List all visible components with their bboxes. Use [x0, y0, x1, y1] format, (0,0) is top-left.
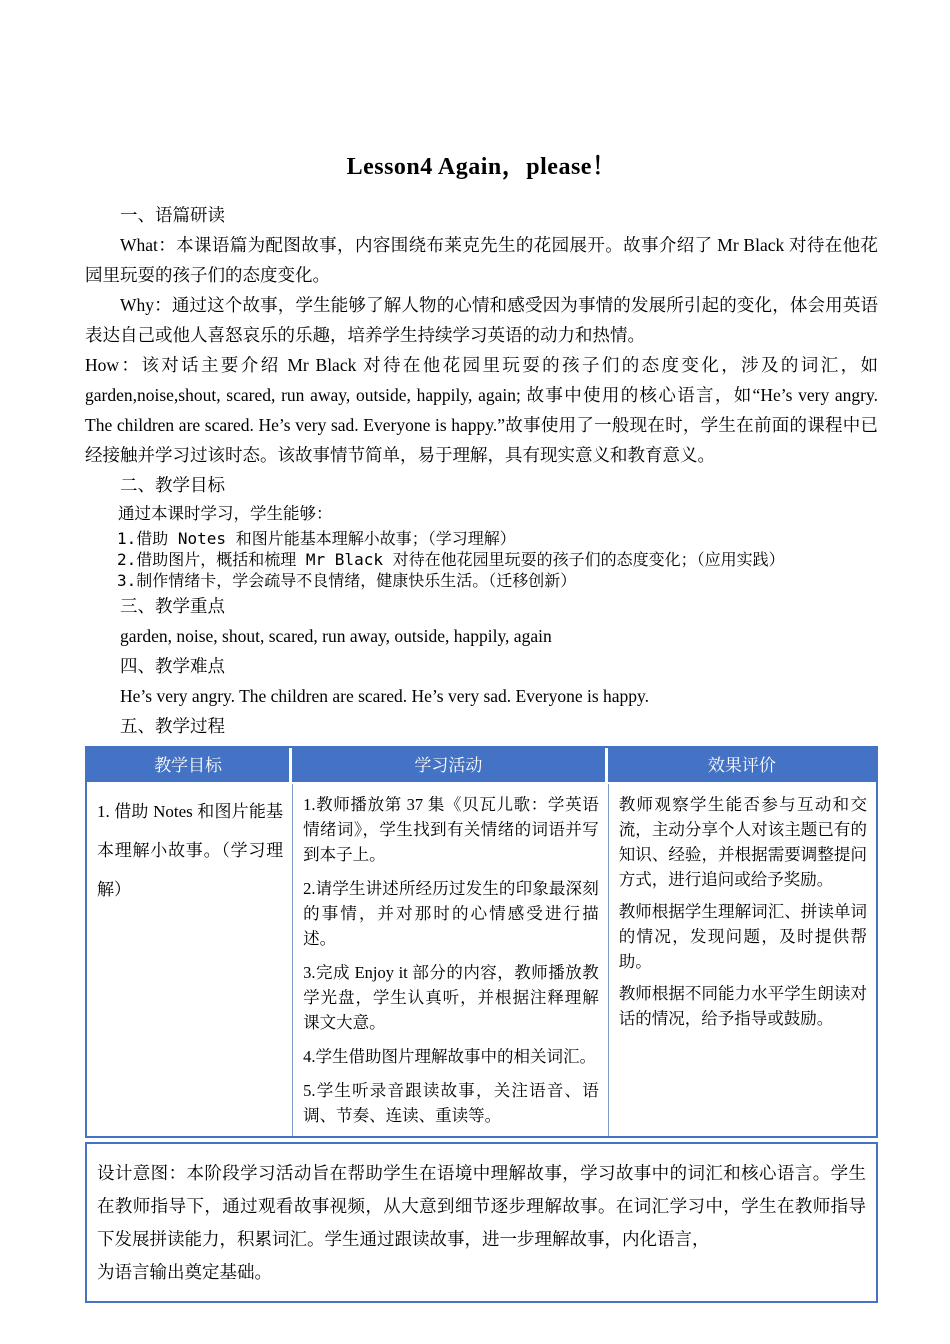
cell-effect-evaluation: 教师观察学生能否参与互动和交流，主动分享个人对该主题已有的知识、经验，并根据需要…: [608, 784, 876, 1136]
paragraph-what: What：本课语篇为配图故事，内容围绕布莱克先生的花园展开。故事介绍了 Mr B…: [85, 230, 878, 290]
cell-learning-activities: 1.教师播放第 37 集《贝瓦儿歌：学英语情绪词》，学生找到有关情绪的词语并写到…: [292, 784, 608, 1136]
teaching-process-table: 教学目标 学习活动 效果评价 1. 借助 Notes 和图片能基本理解小故事。（…: [85, 746, 878, 1303]
activity-item-3: 3.完成 Enjoy it 部分的内容，教师播放教学光盘，学生认真听，并根据注释…: [303, 960, 599, 1035]
activity-item-4: 4.学生借助图片理解故事中的相关词汇。: [303, 1044, 599, 1069]
header-cell-evaluation: 效果评价: [608, 748, 876, 782]
section-heading-process: 五、教学过程: [85, 711, 878, 741]
evaluation-item-3: 教师根据不同能力水平学生朗读对话的情况，给予指导或鼓励。: [619, 981, 867, 1031]
paragraph-how: How：该对话主要介绍 Mr Black 对待在他花园里玩耍的孩子们的态度变化，…: [85, 350, 878, 470]
key-points-words: garden, noise, shout, scared, run away, …: [85, 621, 878, 651]
design-intent-box: 设计意图：本阶段学习活动旨在帮助学生在语境中理解故事，学习故事中的词汇和核心语言…: [85, 1142, 878, 1303]
section-heading-difficulties: 四、教学难点: [85, 651, 878, 681]
activity-item-5: 5.学生听录音跟读故事，关注语音、语调、节奏、连读、重读等。: [303, 1078, 599, 1128]
design-intent-text: 设计意图：本阶段学习活动旨在帮助学生在语境中理解故事，学习故事中的词汇和核心语言…: [97, 1157, 866, 1256]
evaluation-item-2: 教师根据学生理解词汇、拼读单词的情况，发现问题，及时提供帮助。: [619, 899, 867, 974]
header-cell-objectives: 教学目标: [87, 748, 292, 782]
objective-item-2: 2.借助图片，概括和梳理 Mr Black 对待在他花园里玩耍的孩子们的态度变化…: [85, 549, 878, 570]
paragraph-why: Why：通过这个故事，学生能够了解人物的心情和感受因为事情的发展所引起的变化，体…: [85, 290, 878, 350]
document-content: Lesson4 Again，please！ 一、语篇研读 What：本课语篇为配…: [0, 0, 950, 1303]
section-heading-text-analysis: 一、语篇研读: [85, 200, 878, 230]
activity-item-2: 2.请学生讲述所经历过发生的印象最深刻的事情，并对那时的心情感受进行描述。: [303, 876, 599, 951]
header-cell-activities: 学习活动: [292, 748, 608, 782]
section-heading-objectives: 二、教学目标: [85, 470, 878, 500]
document-page: Lesson4 Again，please！ 一、语篇研读 What：本课语篇为配…: [0, 0, 950, 1344]
process-table-body-row: 1. 借助 Notes 和图片能基本理解小故事。（学习理解） 1.教师播放第 3…: [87, 784, 876, 1136]
page-title: Lesson4 Again，please！: [85, 150, 878, 184]
design-intent-text-lastline: 为语言输出奠定基础。: [97, 1256, 866, 1289]
activity-item-1: 1.教师播放第 37 集《贝瓦儿歌：学英语情绪词》，学生找到有关情绪的词语并写到…: [303, 792, 599, 867]
process-table-main: 教学目标 学习活动 效果评价 1. 借助 Notes 和图片能基本理解小故事。（…: [85, 746, 878, 1138]
section-heading-key-points: 三、教学重点: [85, 591, 878, 621]
objectives-intro: 通过本课时学习，学生能够：: [85, 500, 878, 528]
difficulties-sentences: He’s very angry. The children are scared…: [85, 681, 878, 711]
evaluation-item-1: 教师观察学生能否参与互动和交流，主动分享个人对该主题已有的知识、经验，并根据需要…: [619, 792, 867, 892]
cell-objective-text: 1. 借助 Notes 和图片能基本理解小故事。（学习理解）: [97, 792, 283, 909]
objective-item-1: 1.借助 Notes 和图片能基本理解小故事；（学习理解）: [85, 528, 878, 549]
process-table-header-row: 教学目标 学习活动 效果评价: [87, 748, 876, 784]
cell-teaching-objective: 1. 借助 Notes 和图片能基本理解小故事。（学习理解）: [87, 784, 292, 1136]
objective-item-3: 3.制作情绪卡，学会疏导不良情绪，健康快乐生活。（迁移创新）: [85, 570, 878, 591]
